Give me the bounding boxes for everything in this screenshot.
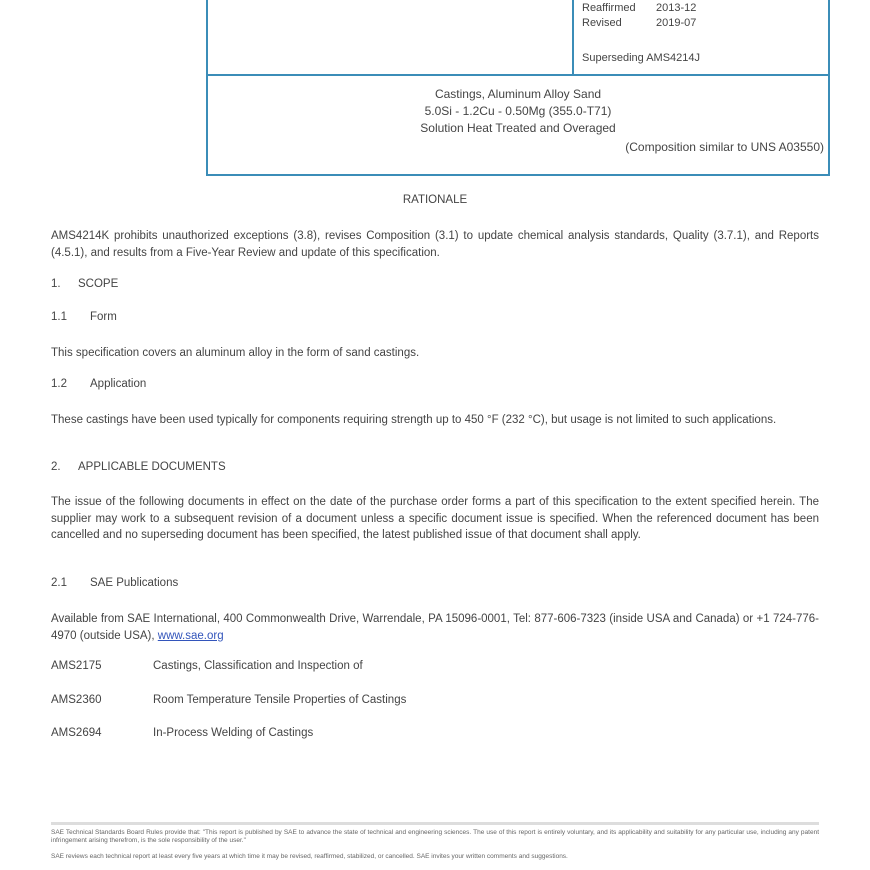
- reference-row: AMS2175Castings, Classification and Insp…: [51, 660, 363, 672]
- section-1-1-text: This specification covers an aluminum al…: [51, 345, 819, 362]
- section-1-heading: 1.SCOPE: [51, 278, 118, 290]
- footer-divider: [51, 822, 819, 825]
- section-1-2-text: These castings have been used typically …: [51, 412, 819, 429]
- section-1-1-heading: 1.1Form: [51, 311, 117, 323]
- document-header: Reaffirmed2013-12 Revised2019-07 Superse…: [206, 0, 830, 176]
- meta-reaffirmed: Reaffirmed2013-12: [582, 2, 696, 14]
- section-2-1-heading: 2.1SAE Publications: [51, 577, 178, 589]
- rationale-text: AMS4214K prohibits unauthorized exceptio…: [51, 228, 819, 261]
- section-2-1-text: Available from SAE International, 400 Co…: [51, 611, 819, 644]
- document-title: Castings, Aluminum Alloy Sand 5.0Si - 1.…: [208, 86, 828, 137]
- section-2-text: The issue of the following documents in …: [51, 494, 819, 544]
- rationale-heading: RATIONALE: [0, 194, 870, 206]
- header-meta: Reaffirmed2013-12 Revised2019-07 Superse…: [572, 0, 832, 74]
- footer-notice: SAE Technical Standards Board Rules prov…: [51, 829, 819, 845]
- section-1-2-heading: 1.2Application: [51, 378, 146, 390]
- reference-row: AMS2360Room Temperature Tensile Properti…: [51, 694, 406, 706]
- composition-note: (Composition similar to UNS A03550): [625, 140, 824, 154]
- footer-review-notice: SAE reviews each technical report at lea…: [51, 853, 819, 861]
- sae-website-link[interactable]: www.sae.org: [158, 630, 224, 642]
- meta-revised: Revised2019-07: [582, 17, 696, 29]
- section-2-heading: 2.APPLICABLE DOCUMENTS: [51, 461, 226, 473]
- meta-superseding: Superseding AMS4214J: [582, 52, 700, 64]
- reference-row: AMS2694In-Process Welding of Castings: [51, 727, 313, 739]
- header-top: Reaffirmed2013-12 Revised2019-07 Superse…: [208, 0, 828, 76]
